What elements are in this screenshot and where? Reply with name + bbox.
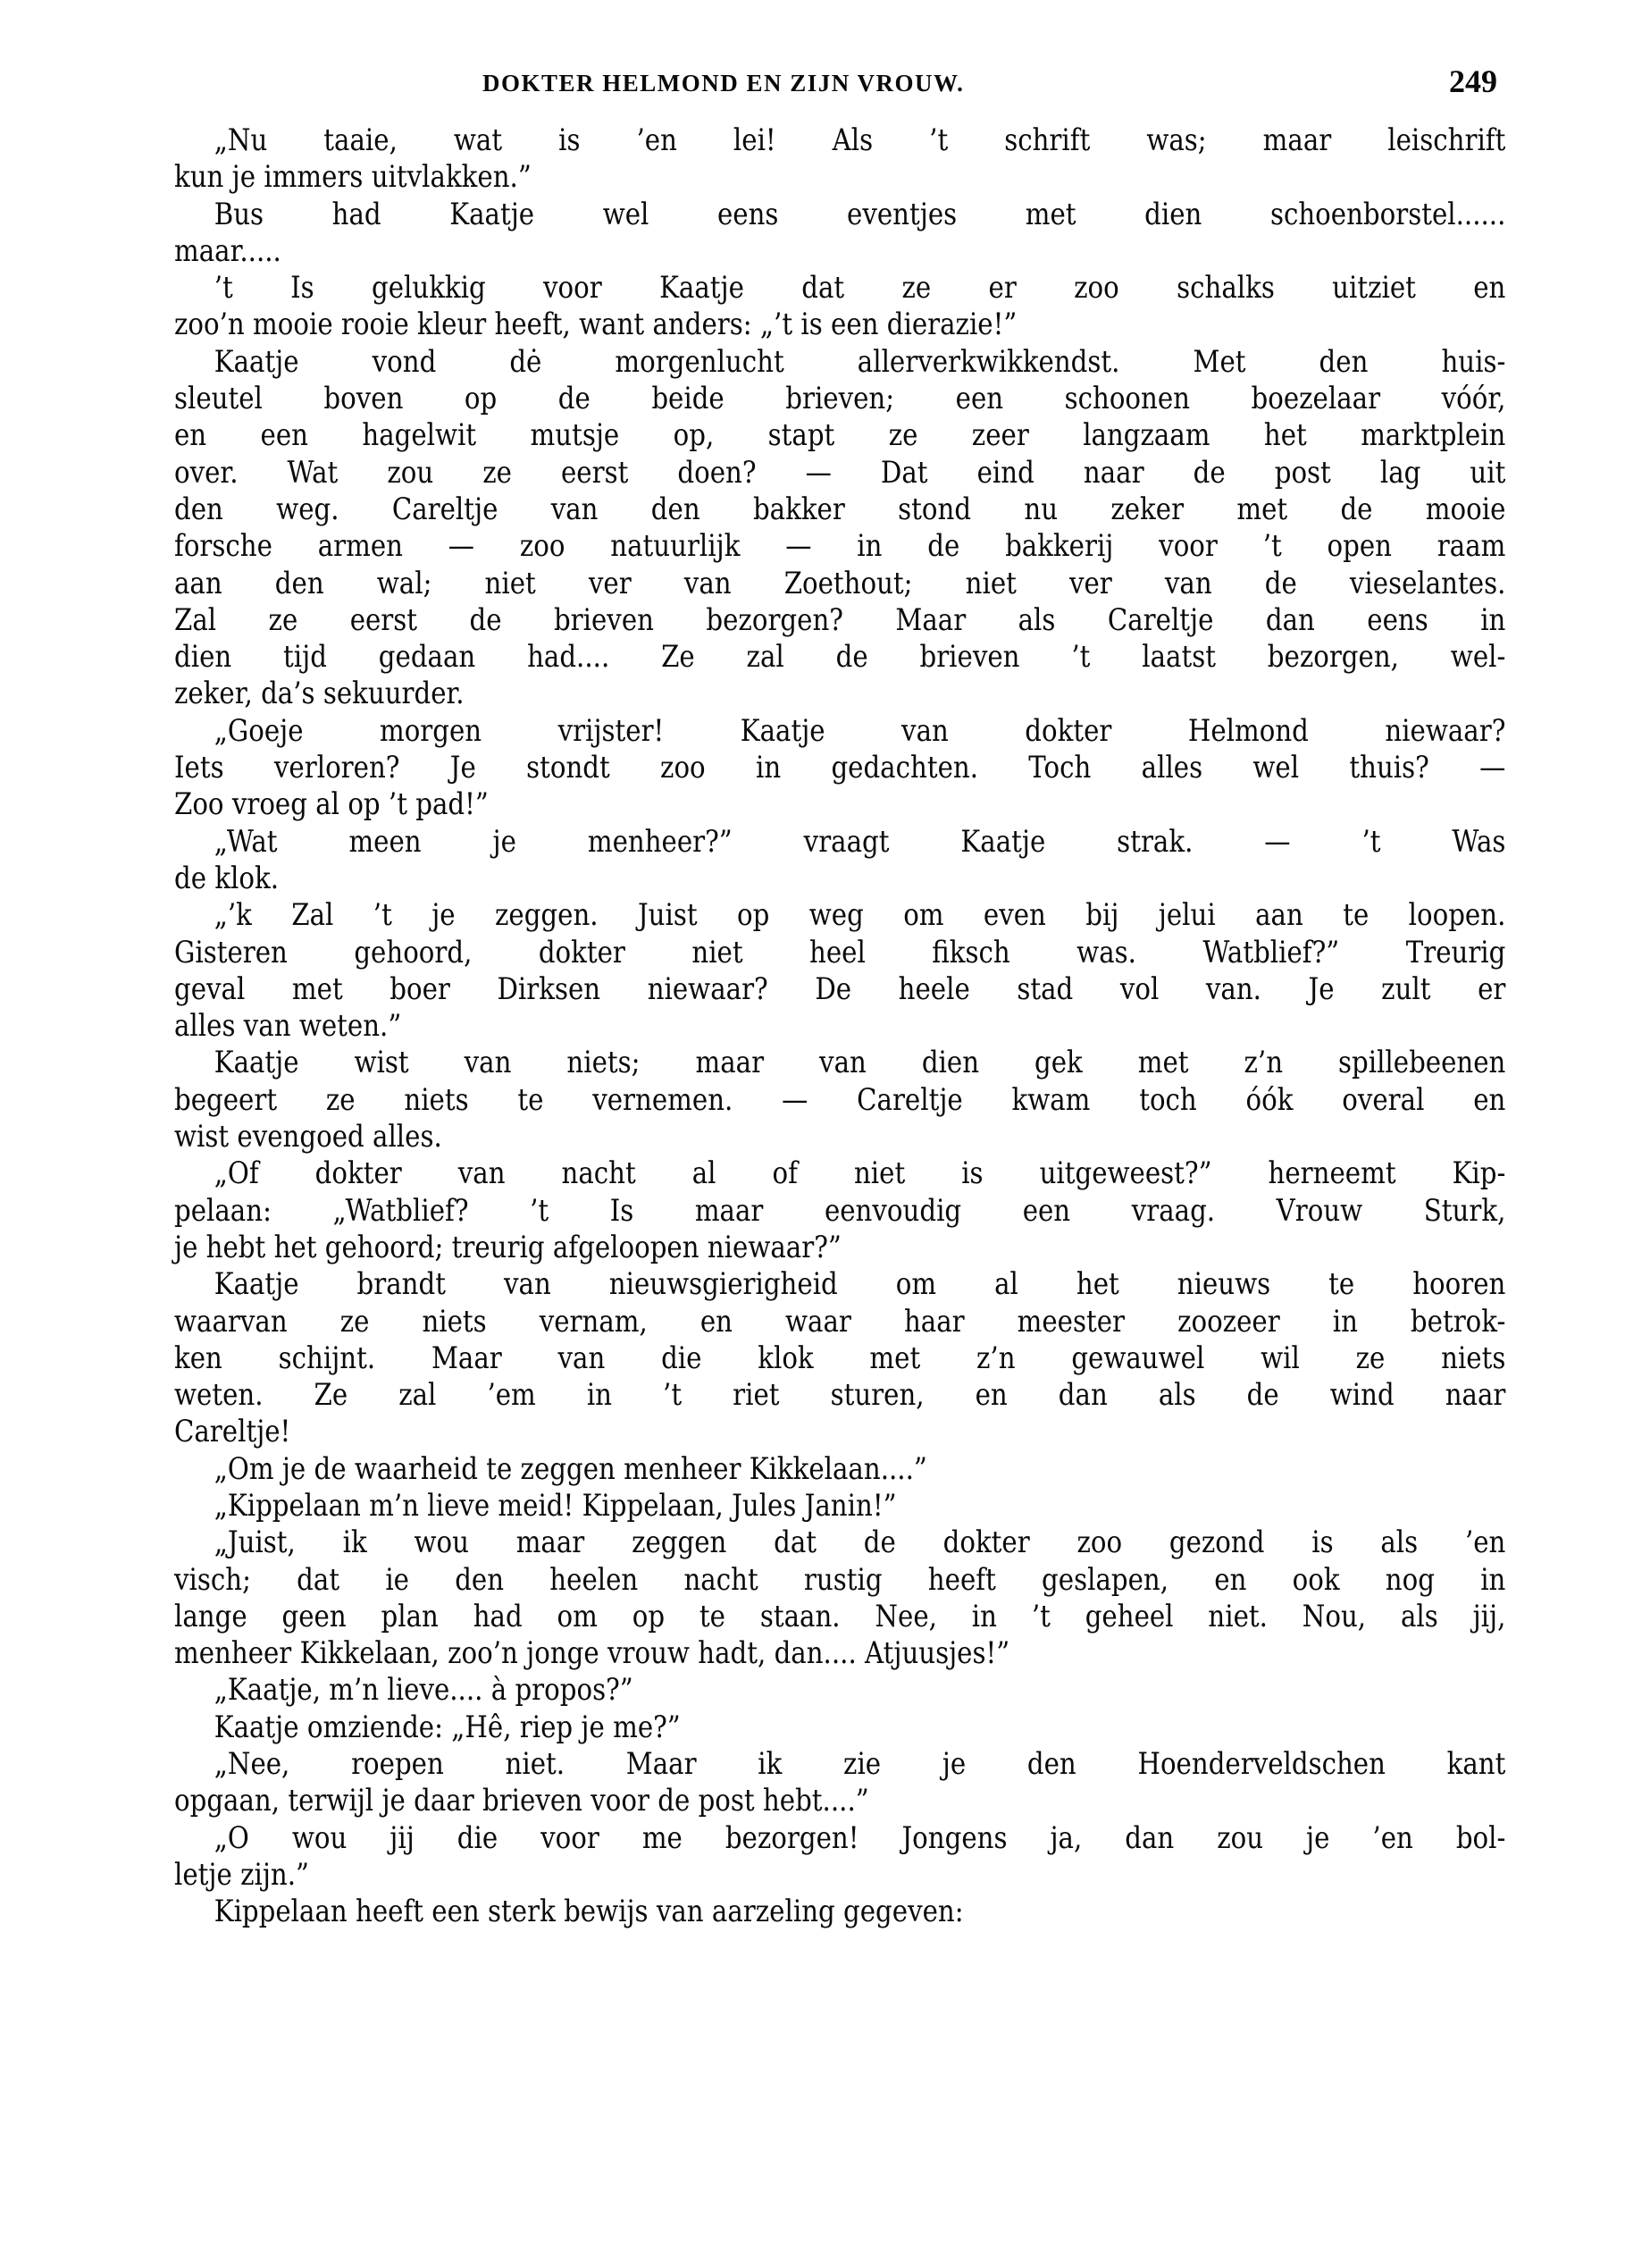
text-line: „Kippelaan m’n lieve meid! Kippelaan, Ju… [174,1488,1505,1525]
text-line: „Nee, roepen niet. Maar ik zie je den Ho… [174,1746,1505,1783]
text-line: „’k Zal ’t je zeggen. Juist op weg om ev… [174,897,1505,934]
text-line: Zoo vroeg al op ’t pad!” [174,786,1505,823]
text-line: Bus had Kaatje wel eens eventjes met die… [174,197,1505,233]
text-line: Zal ze eerst de brieven bezorgen? Maar a… [174,602,1505,639]
text-line: Kaatje wist van niets; maar van dien gek… [174,1045,1505,1081]
text-line: weten. Ze zal ’em in ’t riet sturen, en … [174,1377,1505,1414]
text-line: „Om je de waarheid te zeggen menheer Kik… [174,1451,1505,1488]
text-line: sleutel boven op de beide brieven; een s… [174,381,1505,417]
text-line: maar..... [174,233,1505,270]
text-line: begeert ze niets te vernemen. — Careltje… [174,1082,1505,1119]
text-line: visch; dat ie den heelen nacht rustig he… [174,1562,1505,1599]
text-line: geval met boer Dirksen niewaar? De heele… [174,971,1505,1008]
text-line: „O wou jij die voor me bezorgen! Jongens… [174,1820,1505,1857]
text-line: den weg. Careltje van den bakker stond n… [174,491,1505,528]
text-line: dien tijd gedaan had.... Ze zal de briev… [174,639,1505,676]
text-line: zoo’n mooie rooie kleur heeft, want ande… [174,307,1505,343]
page-number: 249 [1449,63,1497,100]
text-line: „Juist, ik wou maar zeggen dat de dokter… [174,1525,1505,1561]
text-line: lange geen plan had om op te staan. Nee,… [174,1599,1505,1635]
text-line: je hebt het gehoord; treurig afgeloopen … [174,1230,1505,1266]
text-line: opgaan, terwijl je daar brieven voor de … [174,1783,1505,1819]
text-line: „Of dokter van nacht al of niet is uitge… [174,1155,1505,1192]
text-line: menheer Kikkelaan, zoo’n jonge vrouw had… [174,1635,1505,1672]
text-line: pelaan: „Watblief? ’t Is maar eenvoudig … [174,1193,1505,1230]
text-line: waarvan ze niets vernam, en waar haar me… [174,1304,1505,1340]
text-line: „Nu taaie, wat is ’en lei! Als ’t schrif… [174,122,1505,159]
text-line: aan den wal; niet ver van Zoethout; niet… [174,566,1505,602]
text-line: ken schijnt. Maar van die klok met z’n g… [174,1340,1505,1377]
text-line: kun je immers uitvlakken.” [174,159,1505,196]
body-text: „Nu taaie, wat is ’en lei! Als ’t schrif… [174,122,1505,1931]
text-line: wist evengoed alles. [174,1119,1505,1155]
text-line: „Wat meen je menheer?” vraagt Kaatje str… [174,824,1505,861]
running-title: DOKTER HELMOND EN ZIJN VROUW. [482,70,964,97]
text-line: „Kaatje, m’n lieve.... à propos?” [174,1672,1505,1709]
text-line: Gisteren gehoord, dokter niet heel fiksc… [174,935,1505,971]
text-line: Kaatje omziende: „Hê, riep je me?” [174,1709,1505,1746]
text-line: Kaatje vond dė morgenlucht allerverkwikk… [174,344,1505,381]
text-line: over. Wat zou ze eerst doen? — Dat eind … [174,455,1505,491]
text-line: Kippelaan heeft een sterk bewijs van aar… [174,1894,1505,1930]
text-line: ’t Is gelukkig voor Kaatje dat ze er zoo… [174,270,1505,307]
text-line: zeker, da’s sekuurder. [174,676,1505,712]
text-line: „Goeje morgen vrijster! Kaatje van dokte… [174,713,1505,750]
text-line: alles van weten.” [174,1008,1505,1045]
text-line: Iets verloren? Je stondt zoo in gedachte… [174,750,1505,786]
text-line: en een hagelwit mutsje op, stapt ze zeer… [174,417,1505,454]
book-page: DOKTER HELMOND EN ZIJN VROUW. 249 „Nu ta… [0,0,1625,2268]
text-line: forsche armen — zoo natuurlijk — in de b… [174,528,1505,565]
text-line: Kaatje brandt van nieuwsgierigheid om al… [174,1266,1505,1303]
text-line: de klok. [174,861,1505,897]
text-line: letje zijn.” [174,1857,1505,1894]
text-line: Careltje! [174,1414,1505,1450]
